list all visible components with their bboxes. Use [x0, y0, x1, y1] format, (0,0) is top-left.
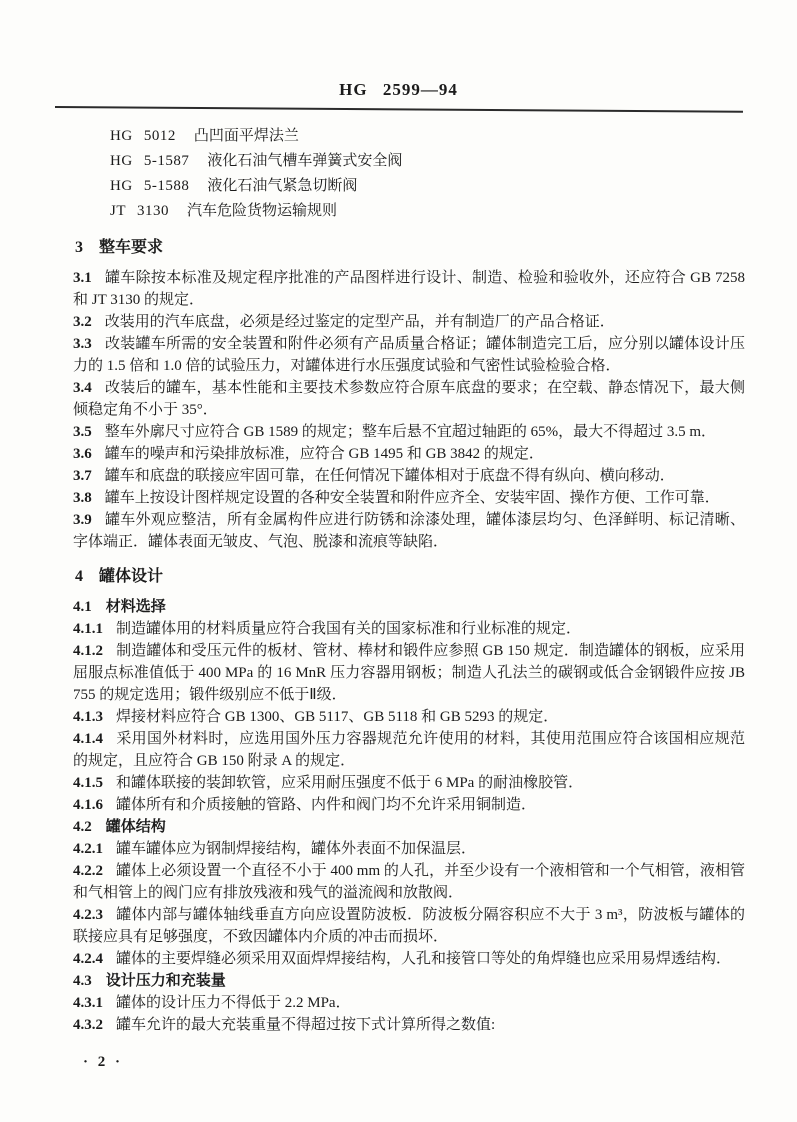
clause-number: 3.4: [73, 380, 92, 396]
clause-4-2-2: 4.2.2罐体上必须设置一个直径不小于 400 mm 的人孔，并至少设有一个液相…: [73, 860, 745, 904]
clause-text: 罐车允许的最大充装重量不得超过按下式计算所得之数值:: [116, 1017, 495, 1033]
clause-3-2: 3.2改装用的汽车底盘，必须是经过鉴定的定型产品，并有制造厂的产品合格证．: [73, 311, 745, 333]
clause-number: 4.1.3: [73, 709, 103, 725]
clause-4-1-6: 4.1.6罐体所有和介质接触的管路、内件和阀门均不允许采用铜制造．: [73, 794, 745, 816]
clause-text: 和罐体联接的装卸软管，应采用耐压强度不低于 6 MPa 的耐油橡胶管．: [116, 775, 583, 791]
reference-title: 凸凹面平焊法兰: [194, 128, 299, 144]
clause-number: 4.3.2: [73, 1017, 103, 1033]
clause-3-3: 3.3改装罐车所需的安全装置和附件必须有产品质量合格证；罐体制造完工后，应分别以…: [73, 333, 745, 377]
clause-4-2-3: 4.2.3罐体内部与罐体轴线垂直方向应设置防波板．防波板分隔容积应不大于 3 m…: [73, 904, 745, 948]
clause-number: 3.6: [73, 446, 92, 462]
section-number: 3: [75, 239, 83, 256]
page-number: · 2 ·: [83, 1054, 745, 1071]
section-number: 4: [75, 568, 83, 585]
subsection-title: 罐体结构: [106, 819, 166, 835]
clause-text: 采用国外材料时，应选用国外压力容器规范允许使用的材料，其使用范围应符合该国相应规…: [73, 731, 745, 769]
reference-item: HG 5-1587液化石油气槽车弹簧式安全阀: [110, 149, 745, 174]
clause-3-1: 3.1罐车除按本标准及规定程序批准的产品图样进行设计、制造、检验和验收外，还应符…: [73, 267, 745, 311]
subsection-number: 4.3: [73, 973, 92, 989]
clause-text: 罐体内部与罐体轴线垂直方向应设置防波板．防波板分隔容积应不大于 3 m³，防波板…: [73, 907, 745, 945]
reference-code: HG 5012: [110, 128, 176, 144]
clause-text: 罐车外观应整洁，所有金属构件应进行防锈和涂漆处理，罐体漆层均匀、色泽鲜明、标记清…: [73, 512, 745, 550]
clause-number: 3.2: [73, 314, 92, 330]
clause-4-2-4: 4.2.4罐体的主要焊缝必须采用双面焊焊接结构，人孔和接管口等处的角焊缝也应采用…: [73, 948, 745, 970]
clause-3-9: 3.9罐车外观应整洁，所有金属构件应进行防锈和涂漆处理，罐体漆层均匀、色泽鲜明、…: [73, 509, 745, 553]
clause-number: 3.8: [73, 490, 92, 506]
reference-item: HG 5-1588液化石油气紧急切断阀: [110, 174, 745, 199]
clause-text: 罐车和底盘的联接应牢固可靠，在任何情况下罐体相对于底盘不得有纵向、横向移动．: [105, 468, 675, 484]
clause-number: 4.1.1: [73, 621, 103, 637]
clause-text: 整车外廓尺寸应符合 GB 1589 的规定；整车后悬不宜超过轴距的 65%，最大…: [105, 424, 716, 440]
reference-code: HG 5-1588: [110, 178, 189, 194]
clause-text: 改装罐车所需的安全装置和附件必须有产品质量合格证；罐体制造完工后，应分别以罐体设…: [73, 336, 745, 374]
clause-3-6: 3.6罐车的噪声和污染排放标准，应符合 GB 1495 和 GB 3842 的规…: [73, 443, 745, 465]
clause-text: 罐体的设计压力不得低于 2.2 MPa．: [116, 995, 351, 1011]
subsection-title: 设计压力和充装量: [106, 973, 226, 989]
clause-number: 3.7: [73, 468, 92, 484]
clause-text: 罐车罐体应为钢制焊接结构，罐体外表面不加保温层．: [116, 841, 476, 857]
clause-4-3-1: 4.3.1罐体的设计压力不得低于 2.2 MPa．: [73, 992, 745, 1014]
clause-number: 3.5: [73, 424, 92, 440]
clause-4-1-3: 4.1.3焊接材料应符合 GB 1300、GB 5117、GB 5118 和 G…: [73, 706, 745, 728]
subsection-number: 4.1: [73, 599, 92, 615]
section-3-heading: 3整车要求: [75, 237, 745, 259]
clause-number: 4.2.4: [73, 951, 103, 967]
clause-text: 焊接材料应符合 GB 1300、GB 5117、GB 5118 和 GB 529…: [116, 709, 558, 725]
section-title: 罐体设计: [99, 568, 163, 585]
clause-text: 制造罐体用的材料质量应符合我国有关的国家标准和行业标准的规定．: [116, 621, 581, 637]
references-list: HG 5012凸凹面平焊法兰 HG 5-1587液化石油气槽车弹簧式安全阀 HG…: [110, 124, 745, 224]
reference-item: HG 5012凸凹面平焊法兰: [110, 124, 745, 149]
clause-3-8: 3.8罐车上按设计图样规定设置的各种安全装置和附件应齐全、安装牢固、操作方便、工…: [73, 487, 745, 509]
doc-number: HG 2599—94: [0, 0, 797, 100]
subsection-4-1-heading: 4.1材料选择: [73, 596, 745, 618]
clause-text: 罐体上必须设置一个直径不小于 400 mm 的人孔，并至少设有一个液相管和一个气…: [73, 863, 745, 901]
clause-number: 4.2.2: [73, 863, 103, 879]
clause-4-3-2: 4.3.2罐车允许的最大充装重量不得超过按下式计算所得之数值:: [73, 1014, 745, 1036]
reference-title: 液化石油气槽车弹簧式安全阀: [207, 153, 402, 169]
reference-title: 液化石油气紧急切断阀: [207, 178, 357, 194]
section-title: 整车要求: [99, 239, 163, 256]
reference-title: 汽车危险货物运输规则: [187, 203, 337, 219]
clause-text: 罐体所有和介质接触的管路、内件和阀门均不允许采用铜制造．: [116, 797, 536, 813]
clause-4-2-1: 4.2.1罐车罐体应为钢制焊接结构，罐体外表面不加保温层．: [73, 838, 745, 860]
clause-4-1-2: 4.1.2制造罐体和受压元件的板材、管材、棒材和锻件应参照 GB 150 规定．…: [73, 640, 745, 706]
clause-number: 4.1.4: [73, 731, 103, 747]
clause-4-1-5: 4.1.5和罐体联接的装卸软管，应采用耐压强度不低于 6 MPa 的耐油橡胶管．: [73, 772, 745, 794]
clause-number: 3.3: [73, 336, 92, 352]
clause-text: 改装后的罐车，基本性能和主要技术参数应符合原车底盘的要求；在空载、静态情况下，最…: [73, 380, 745, 418]
clause-number: 4.2.1: [73, 841, 103, 857]
clause-text: 罐车除按本标准及规定程序批准的产品图样进行设计、制造、检验和验收外，还应符合 G…: [73, 270, 745, 308]
clause-text: 罐车的噪声和污染排放标准，应符合 GB 1495 和 GB 3842 的规定．: [105, 446, 544, 462]
clause-number: 4.1.2: [73, 643, 103, 659]
clause-text: 改装用的汽车底盘，必须是经过鉴定的定型产品，并有制造厂的产品合格证．: [105, 314, 615, 330]
clause-text: 制造罐体和受压元件的板材、管材、棒材和锻件应参照 GB 150 规定．制造罐体的…: [73, 643, 745, 703]
clause-number: 4.3.1: [73, 995, 103, 1011]
reference-code: JT 3130: [110, 203, 169, 219]
clause-number: 4.1.6: [73, 797, 103, 813]
section-4-heading: 4罐体设计: [75, 566, 745, 588]
subsection-number: 4.2: [73, 819, 92, 835]
clause-4-1-4: 4.1.4采用国外材料时，应选用国外压力容器规范允许使用的材料，其使用范围应符合…: [73, 728, 745, 772]
reference-code: HG 5-1587: [110, 153, 189, 169]
standard-document-page: HG 2599—94 HG 5012凸凹面平焊法兰 HG 5-1587液化石油气…: [0, 0, 797, 1122]
subsection-4-2-heading: 4.2罐体结构: [73, 816, 745, 838]
clause-4-1-1: 4.1.1制造罐体用的材料质量应符合我国有关的国家标准和行业标准的规定．: [73, 618, 745, 640]
clause-3-7: 3.7罐车和底盘的联接应牢固可靠，在任何情况下罐体相对于底盘不得有纵向、横向移动…: [73, 465, 745, 487]
subsection-4-3-heading: 4.3设计压力和充装量: [73, 970, 745, 992]
clause-3-4: 3.4改装后的罐车，基本性能和主要技术参数应符合原车底盘的要求；在空载、静态情况…: [73, 377, 745, 421]
clause-text: 罐体的主要焊缝必须采用双面焊焊接结构，人孔和接管口等处的角焊缝也应采用易焊透结构…: [116, 951, 731, 967]
clause-text: 罐车上按设计图样规定设置的各种安全装置和附件应齐全、安装牢固、操作方便、工作可靠…: [105, 490, 720, 506]
clause-3-5: 3.5整车外廓尺寸应符合 GB 1589 的规定；整车后悬不宜超过轴距的 65%…: [73, 421, 745, 443]
clause-number: 3.1: [73, 270, 92, 286]
clause-number: 3.9: [73, 512, 92, 528]
clause-number: 4.1.5: [73, 775, 103, 791]
clause-number: 4.2.3: [73, 907, 103, 923]
reference-item: JT 3130汽车危险货物运输规则: [110, 199, 745, 224]
document-body: HG 5012凸凹面平焊法兰 HG 5-1587液化石油气槽车弹簧式安全阀 HG…: [0, 108, 797, 1071]
subsection-title: 材料选择: [106, 599, 166, 615]
